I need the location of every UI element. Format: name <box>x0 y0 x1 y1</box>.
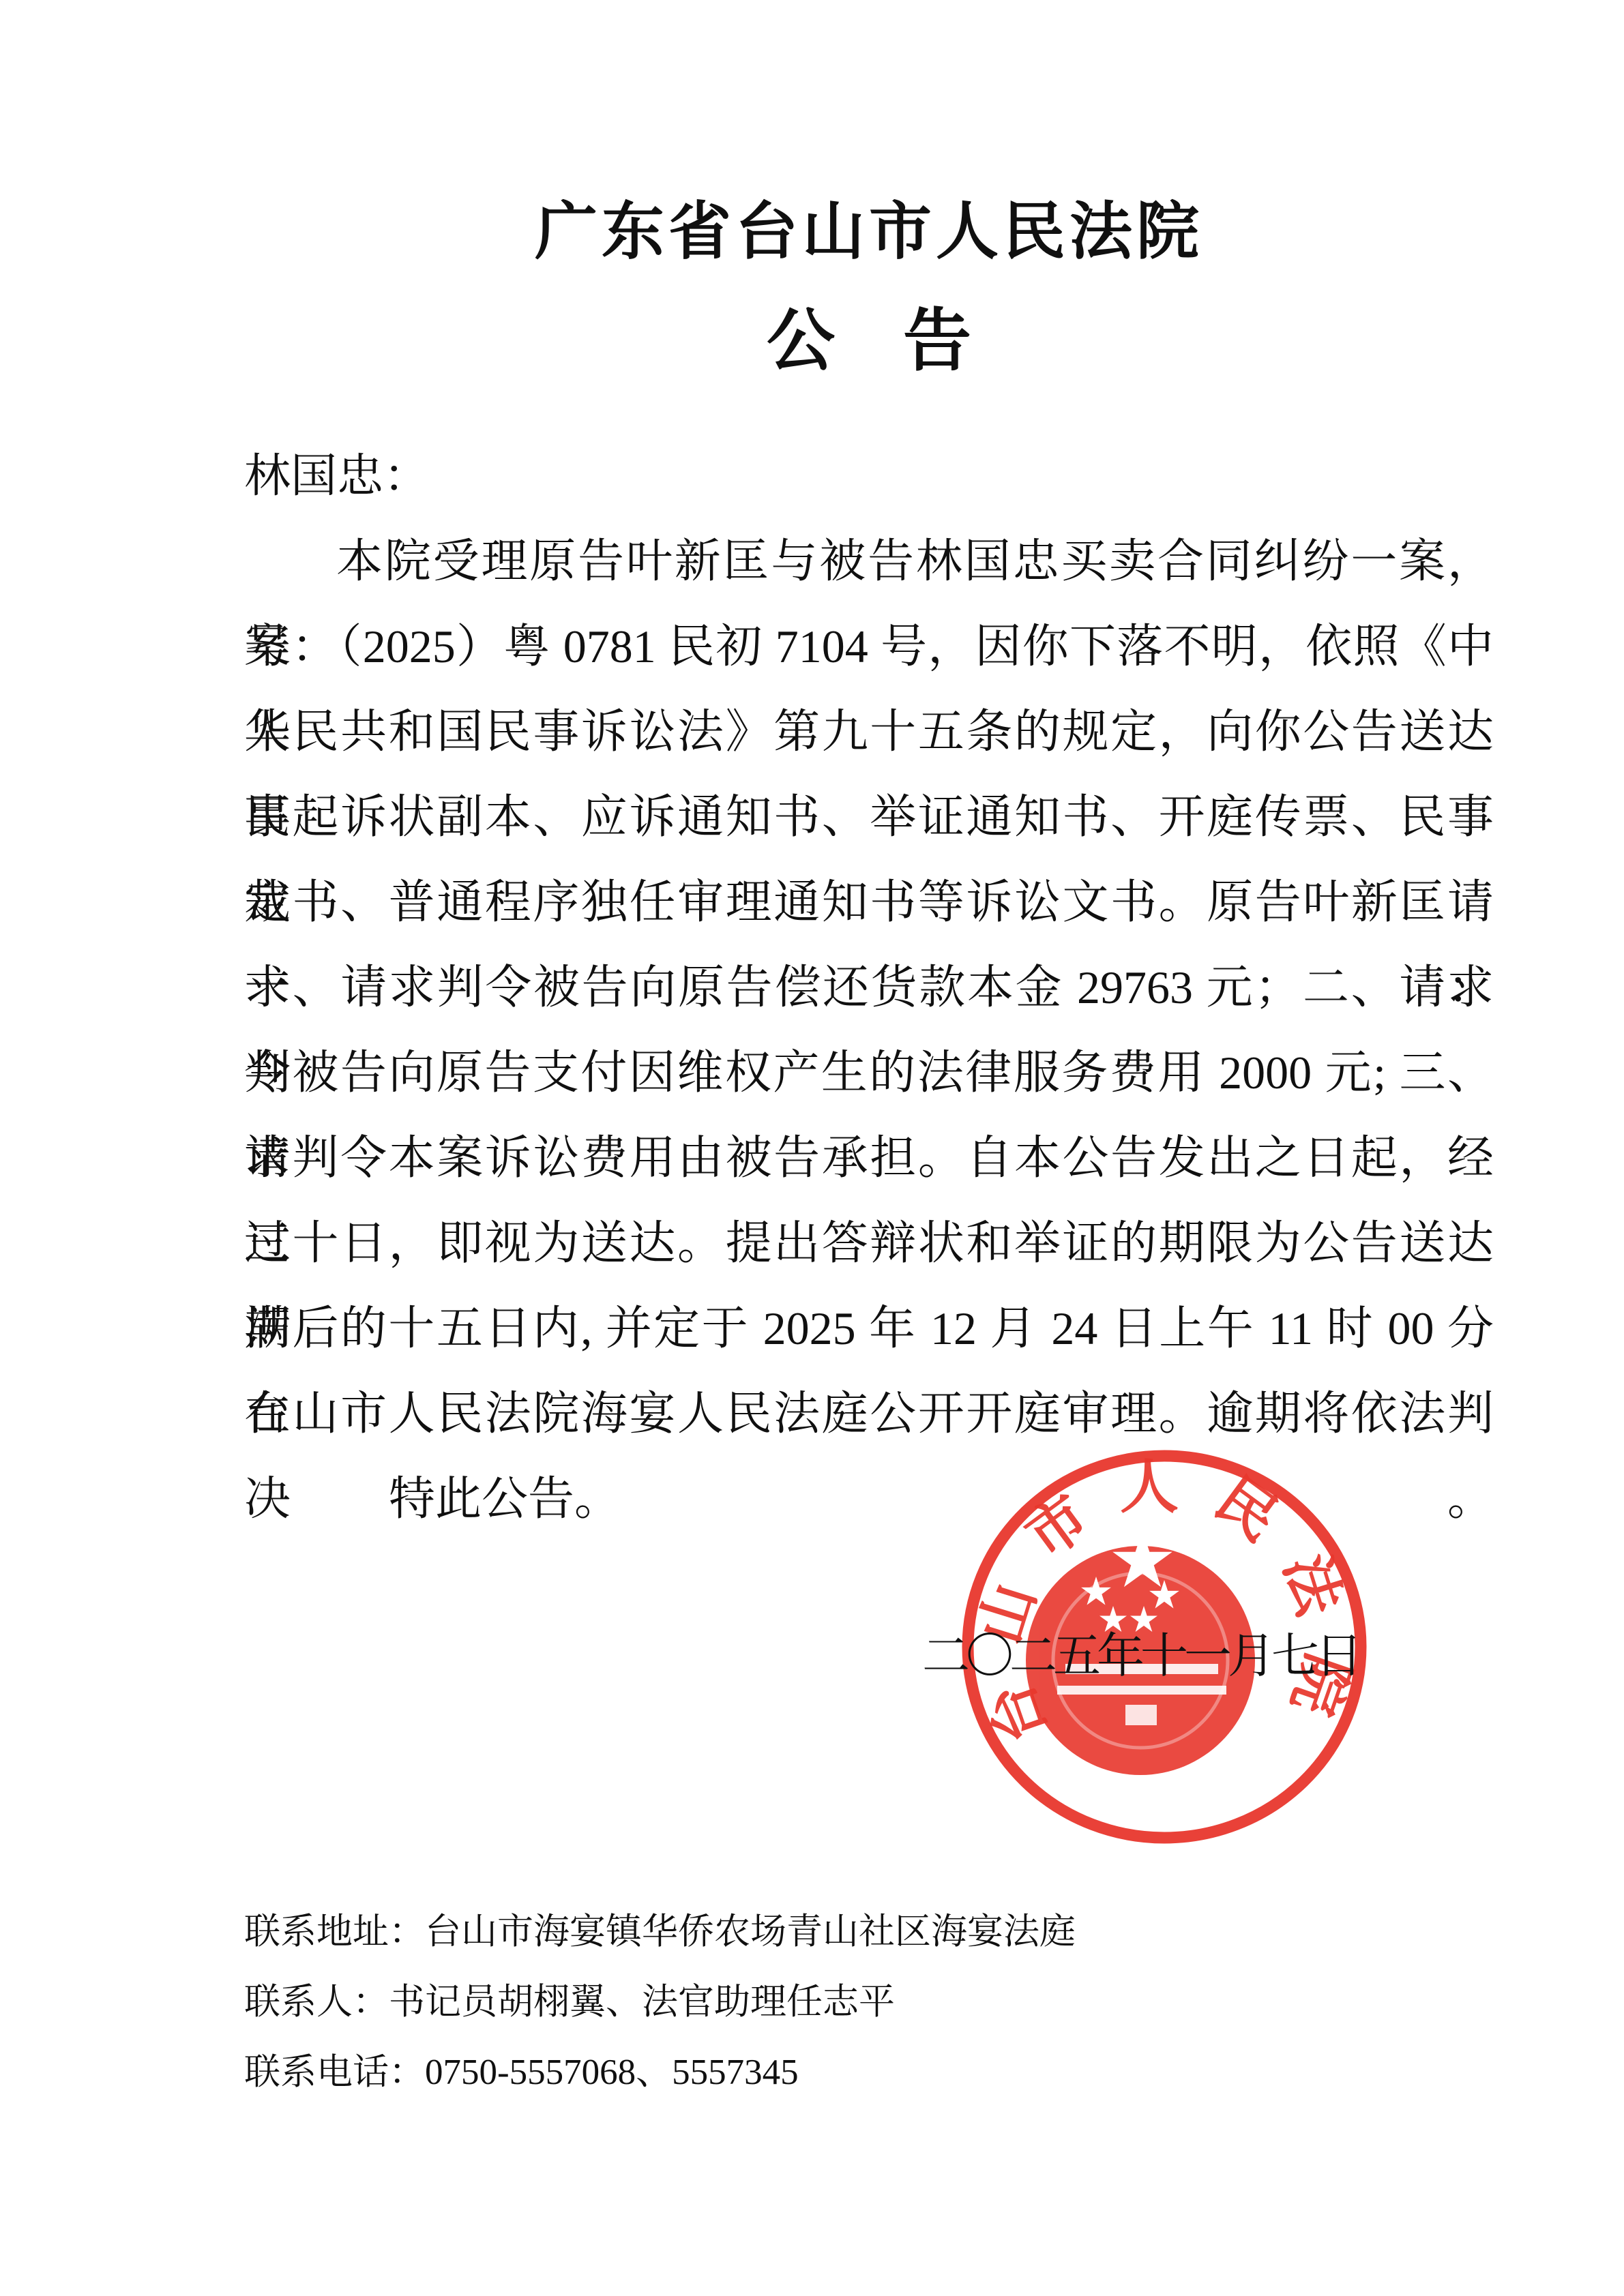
body-line-salutation: 林国忠： <box>244 434 1494 519</box>
body-line: 一、请求判令被告向原告偿还货款本金 29763 元；二、请求判 <box>244 945 1494 1030</box>
body-line: 定书、普通程序独任审理通知书等诉讼文书。原告叶新匡请求： <box>244 860 1494 945</box>
body-line: 本院受理原告叶新匡与被告林国忠买卖合同纠纷一案，案 <box>244 519 1494 604</box>
announcement-body: 林国忠： 本院受理原告叶新匡与被告林国忠买卖合同纠纷一案，案 号：（2025）粤… <box>244 434 1494 1542</box>
document-title: 公 告 <box>244 304 1494 379</box>
contact-address-value: 台山市海宴镇华侨农场青山社区海宴法庭 <box>425 1912 1076 1952</box>
body-line: 号：（2025）粤 0781 民初 7104 号，因你下落不明，依照《中华 <box>244 604 1494 689</box>
gate-doorway <box>1125 1705 1157 1725</box>
body-line: 三十日，即视为送达。提出答辩状和举证的期限为公告送达期 <box>244 1201 1494 1286</box>
body-line: 满后的十五日内, 并定于 2025 年 12 月 24 日上午 11 时 00 … <box>244 1286 1494 1371</box>
issue-date: 二〇二五年十一月七日 <box>922 1617 1359 1686</box>
contact-block: 联系地址：台山市海宴镇华侨农场青山社区海宴法庭 联系人：书记员胡栩翼、法官助理任… <box>244 1897 1494 2108</box>
contact-phone-label: 联系电话： <box>244 2053 425 2092</box>
contact-address: 联系地址：台山市海宴镇华侨农场青山社区海宴法庭 <box>244 1897 1494 1967</box>
contact-person-label: 联系人： <box>244 1982 389 2022</box>
body-line: 事起诉状副本、应诉通知书、举证通知书、开庭传票、民事裁 <box>244 775 1494 860</box>
contact-phone-value: 0750-5557068、5557345 <box>425 2053 799 2092</box>
contact-address-label: 联系地址： <box>244 1912 425 1952</box>
body-line: 人民共和国民事诉讼法》第九十五条的规定，向你公告送达民 <box>244 689 1494 775</box>
contact-phone: 联系电话：0750-5557068、5557345 <box>244 2038 1494 2108</box>
contact-person-value: 书记员胡栩翼、法官助理任志平 <box>389 1982 895 2022</box>
announcement-page: 广东省台山市人民法院 公 告 林国忠： 本院受理原告叶新匡与被告林国忠买卖合同纠… <box>0 0 1624 2296</box>
body-line: 求判令本案诉讼费用由被告承担。自本公告发出之日起，经过 <box>244 1116 1494 1201</box>
contact-person: 联系人：书记员胡栩翼、法官助理任志平 <box>244 1967 1494 2038</box>
body-line: 令被告向原告支付因维权产生的法律服务费用 2000 元; 三、请 <box>244 1030 1494 1116</box>
court-name-title: 广东省台山市人民法院 <box>244 198 1494 267</box>
gate-band <box>1057 1686 1226 1695</box>
